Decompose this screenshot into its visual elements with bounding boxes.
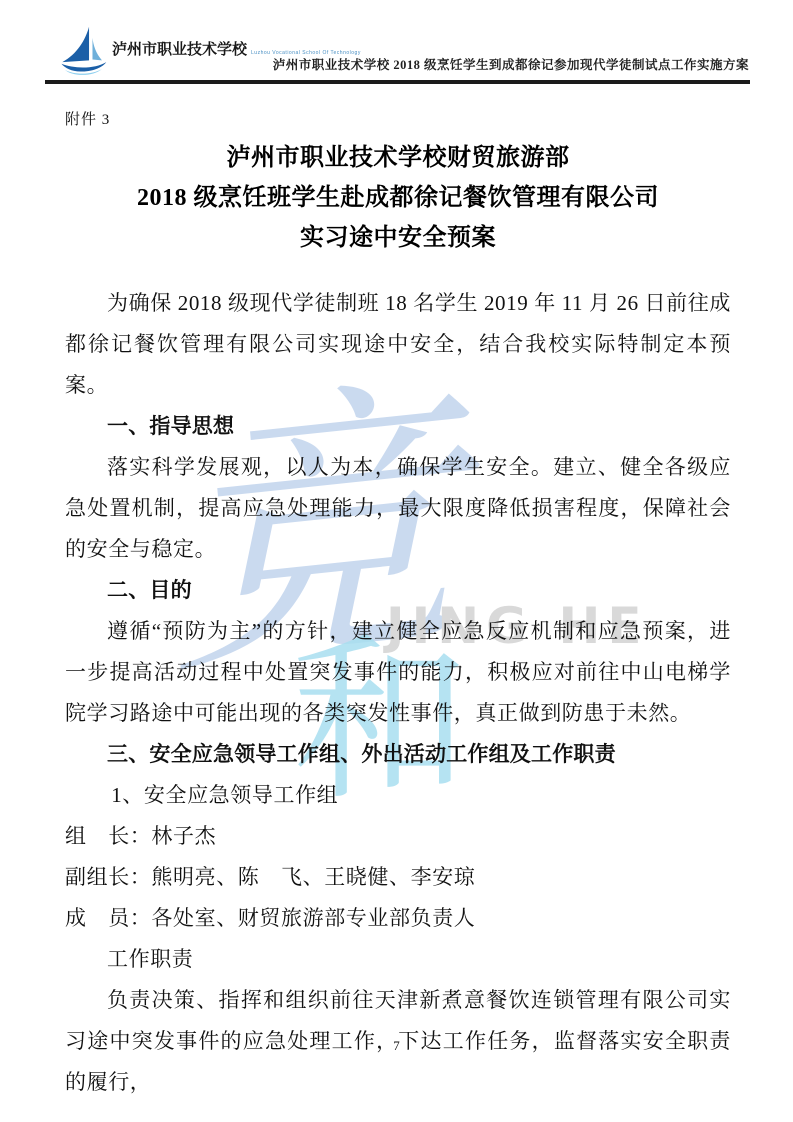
section-heading-3: 三、安全应急领导工作组、外出活动工作组及工作职责 [65,734,731,775]
deputy-leaders-line: 副组长：熊明亮、陈 飞、王晓健、李安琼 [65,857,731,898]
body-text: 为确保 2018 级现代学徒制班 18 名学生 2019 年 11 月 26 日… [65,283,731,1103]
sailboat-logo-icon [57,25,109,75]
header-doc-title: 泸州市职业技术学校 2018 级烹饪学生到成都徐记参加现代学徒制试点工作实施方案 [273,55,749,73]
document-title-line3: 实习途中安全预案 [65,218,731,258]
section-1-paragraph: 落实科学发展观，以人为本，确保学生安全。建立、健全各级应急处置机制，提高应急处理… [65,447,731,570]
document-title-line1: 泸州市职业技术学校财贸旅游部 [65,138,731,178]
members-line: 成 员：各处室、财贸旅游部专业部负责人 [65,898,731,939]
attachment-label: 附件 3 [65,108,731,129]
document-title-line2: 2018 级烹饪班学生赴成都徐记餐饮管理有限公司 [65,178,731,218]
page-number: 7 [0,1038,793,1054]
section-2-paragraph: 遵循“预防为主”的方针，建立健全应急反应机制和应急预案，进一步提高活动过程中处置… [65,611,731,734]
intro-paragraph: 为确保 2018 级现代学徒制班 18 名学生 2019 年 11 月 26 日… [65,283,731,406]
document-page: 竞 JING HE 和 泸州市职业技术学校 Luzhou Vocational … [0,0,793,1122]
page-header: 泸州市职业技术学校 Luzhou Vocational School Of Te… [45,0,750,84]
subsection-1-title: 1、安全应急领导工作组 [65,775,731,816]
group-leader-line: 组 长：林子杰 [65,816,731,857]
document-title: 泸州市职业技术学校财贸旅游部 2018 级烹饪班学生赴成都徐记餐饮管理有限公司 … [65,138,731,258]
section-heading-2: 二、目的 [65,570,731,611]
duty-title: 工作职责 [65,939,731,980]
section-heading-1: 一、指导思想 [65,406,731,447]
document-content: 附件 3 泸州市职业技术学校财贸旅游部 2018 级烹饪班学生赴成都徐记餐饮管理… [0,108,793,1103]
logo-school-name: 泸州市职业技术学校 [112,42,247,58]
